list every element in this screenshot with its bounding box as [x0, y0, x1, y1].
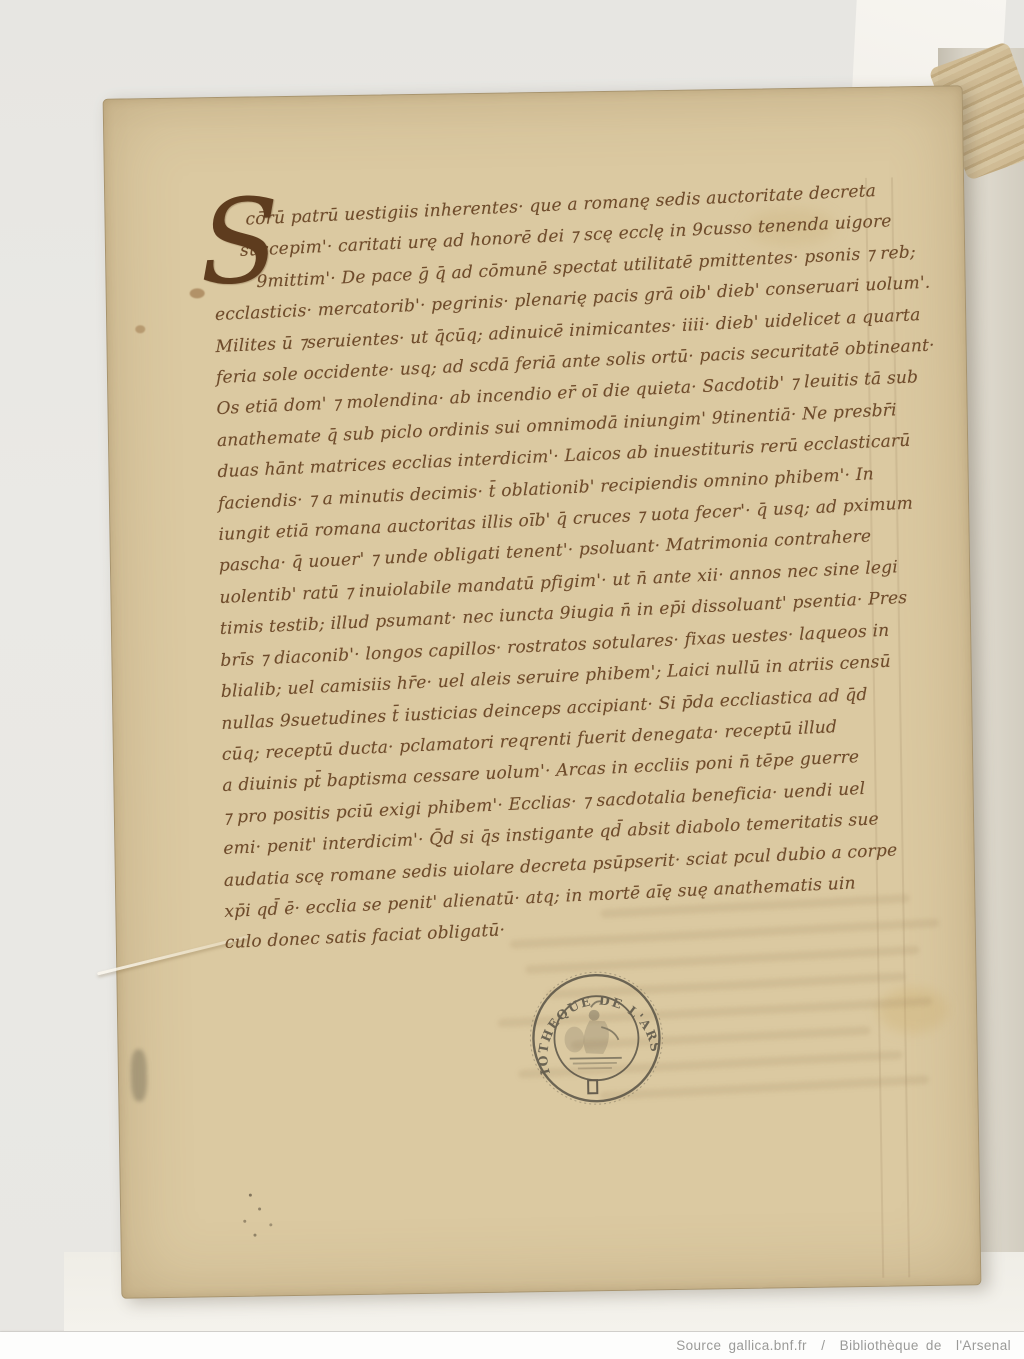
speck-cluster	[249, 1194, 252, 1197]
ink-spot	[135, 325, 145, 333]
library-stamp: BIBLIOTHEQUE DE L'ARSENAL	[520, 964, 672, 1126]
screenshot-root: S cōrū patrū uestigiis inherentes· que a…	[0, 0, 1024, 1359]
edge-smudge	[131, 1049, 148, 1101]
parchment-page: S cōrū patrū uestigiis inherentes· que a…	[103, 85, 982, 1298]
showthrough-line	[510, 918, 940, 949]
stamp-bottom-mark	[588, 1080, 597, 1093]
attribution-text: Source gallica.bnf.fr / Bibliothèque de …	[676, 1338, 1011, 1353]
initial-capital: S	[199, 183, 280, 303]
attribution-bar: Source gallica.bnf.fr / Bibliothèque de …	[0, 1332, 1024, 1359]
manuscript-text: S cōrū patrū uestigiis inherentes· que a…	[213, 173, 964, 960]
manuscript-photo: S cōrū patrū uestigiis inherentes· que a…	[0, 0, 1024, 1332]
